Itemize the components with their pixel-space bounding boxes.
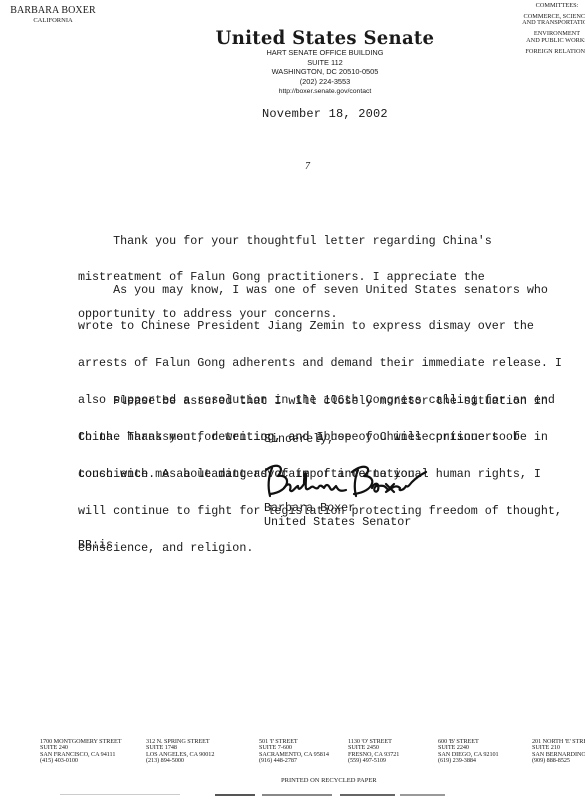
office-phone: (916) 448-2787 xyxy=(259,758,329,764)
office-address: 600 'B' STREET SUITE 2240 SAN DIEGO, CA … xyxy=(438,739,499,765)
committee-item: ENVIRONMENT AND PUBLIC WORKS xyxy=(502,31,585,44)
office-phone: (213) 894-5000 xyxy=(146,758,214,764)
office-address: 312 N. SPRING STREET SUITE 1748 LOS ANGE… xyxy=(146,739,214,765)
office-phone: (909) 888-8525 xyxy=(532,758,585,764)
office-address: 1700 MONTGOMERY STREET SUITE 240 SAN FRA… xyxy=(40,739,122,765)
office-address: 501 'I' STREET SUITE 7-600 SACRAMENTO, C… xyxy=(259,739,329,765)
handwritten-mark: 7 xyxy=(305,161,310,172)
office-phone: (619) 239-3884 xyxy=(438,758,499,764)
letterhead-building: HART SENATE OFFICE BUILDING xyxy=(200,48,450,58)
office-address: 1130 'O' STREET SUITE 2450 FRESNO, CA 93… xyxy=(348,739,399,765)
body-line: arrests of Falun Gong adherents and dema… xyxy=(78,357,562,369)
letterhead-phone: (202) 224-3553 xyxy=(200,77,450,87)
office-phone: (415) 403-0100 xyxy=(40,758,122,764)
letterhead: United States Senate HART SENATE OFFICE … xyxy=(200,28,450,97)
committee-item: FOREIGN RELATIONS xyxy=(502,49,585,56)
sender-state: CALIFORNIA xyxy=(4,17,102,24)
closing: Sincerely, xyxy=(264,432,334,446)
body-line: Thank you for your thoughtful letter reg… xyxy=(78,235,492,247)
committee-item: COMMERCE, SCIENCE, AND TRANSPORTATION xyxy=(502,14,585,27)
typist-initials: BB:is xyxy=(78,538,113,552)
office-address: 201 NORTH 'E' STREET SUITE 210 SAN BERNA… xyxy=(532,739,585,765)
letterhead-url: http://boxer.senate.gov/contact xyxy=(200,86,450,97)
sender-name: BARBARA BOXER xyxy=(4,5,102,16)
body-line: As you may know, I was one of seven Unit… xyxy=(78,284,562,296)
signer-title: United States Senator xyxy=(264,516,411,530)
body-line: conscience, and religion. xyxy=(78,542,562,554)
committees-block: COMMITTEES: COMMERCE, SCIENCE, AND TRANS… xyxy=(502,3,585,60)
signer-block: Barbara Boxer United States Senator xyxy=(264,502,411,529)
signature-icon xyxy=(262,460,432,507)
body-line: Please be assured that I will closely mo… xyxy=(78,395,548,407)
signer-name: Barbara Boxer xyxy=(264,502,411,516)
letter-date: November 18, 2002 xyxy=(262,107,388,121)
letterhead-suite: SUITE 112 xyxy=(200,58,450,68)
body-line: wrote to Chinese President Jiang Zemin t… xyxy=(78,320,562,332)
scan-artifact xyxy=(0,793,585,797)
office-phone: (559) 497-5109 xyxy=(348,758,399,764)
letterhead-title: United States Senate xyxy=(206,28,444,48)
recycled-paper-note: PRINTED ON RECYCLED PAPER xyxy=(281,777,377,784)
sender-block: BARBARA BOXER CALIFORNIA xyxy=(4,5,102,24)
committees-heading: COMMITTEES: xyxy=(502,3,585,10)
letterhead-city: WASHINGTON, DC 20510-0505 xyxy=(200,67,450,77)
